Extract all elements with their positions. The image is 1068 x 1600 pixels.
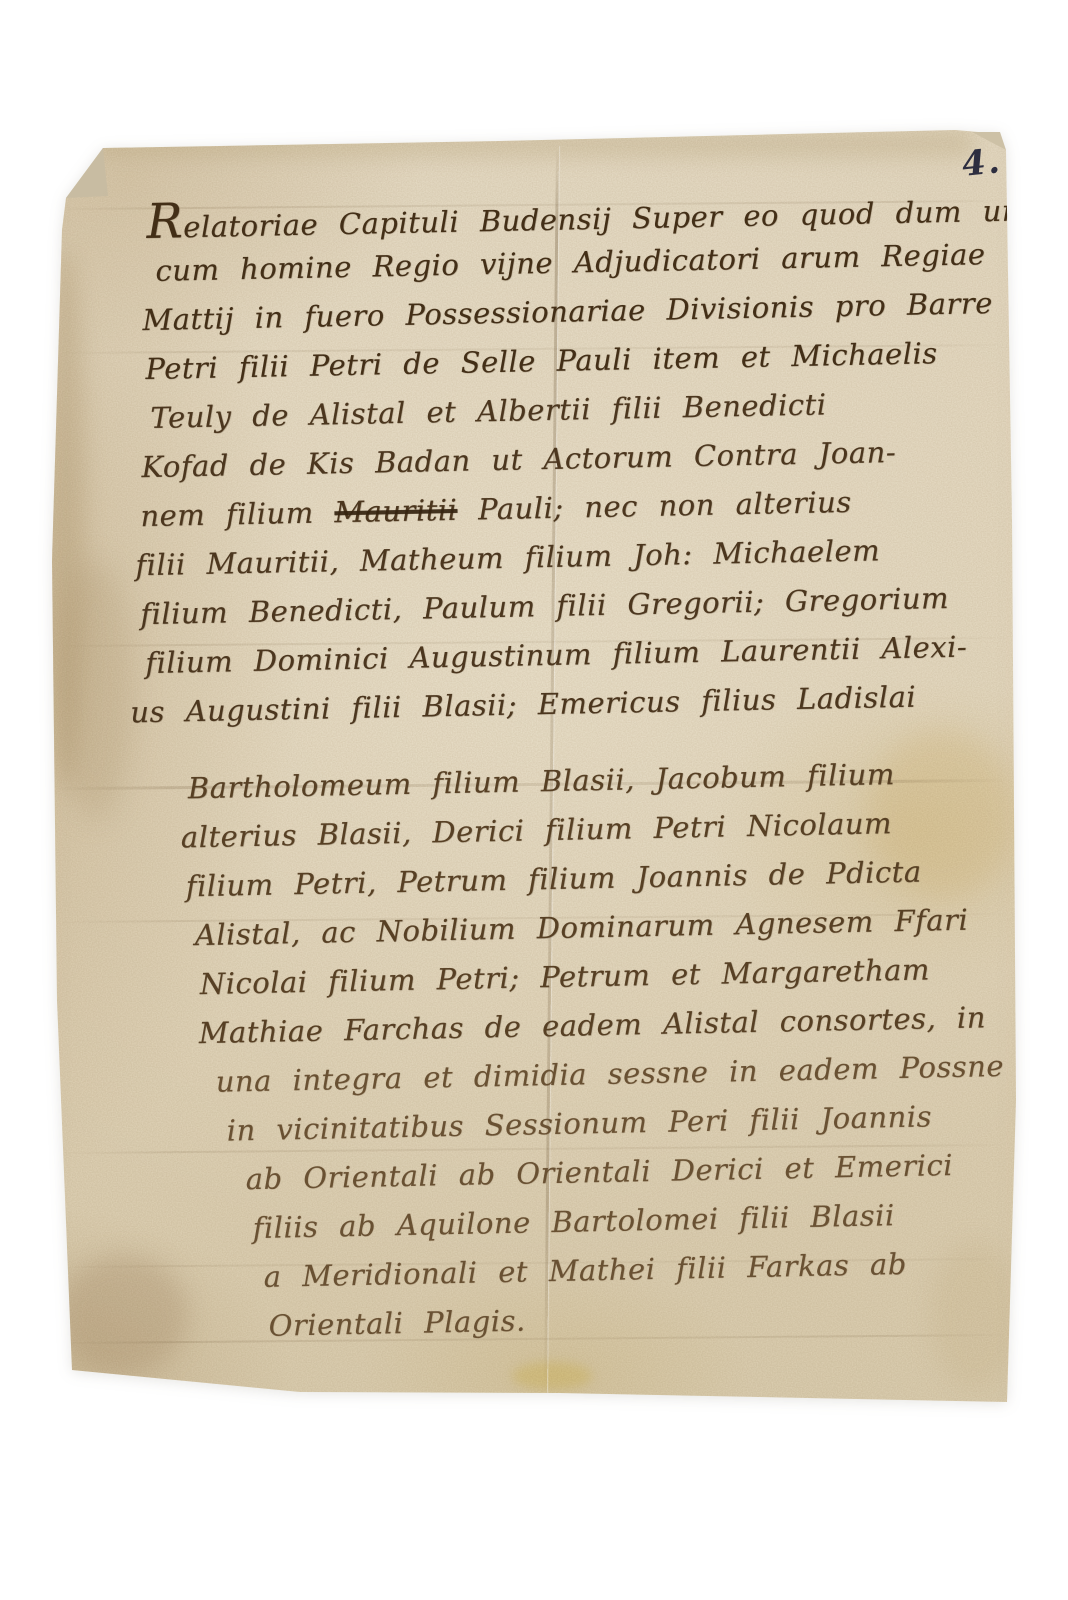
manuscript-line: Nicolai filium Petri; Petrum et Margaret… [199, 943, 1032, 1009]
paper-stain [866, 730, 1016, 900]
line-segment: Pauli; nec non alterius [457, 485, 852, 527]
manuscript-line: ab Orientali ab Orientali Derici et Emer… [245, 1139, 1036, 1204]
fold-crease-horizontal [56, 913, 1008, 923]
manuscript-line: in vicinitatibus Sessionum Peri filii Jo… [226, 1090, 1035, 1155]
manuscript-line: nem filium Mauritii Pauli; nec non alter… [140, 474, 1023, 541]
line-segment: nem filium [140, 495, 335, 533]
manuscript-line: Teuly de Alistal et Albertii filii Bened… [150, 376, 1021, 442]
manuscript-line: Orientali Plagis. [268, 1286, 1039, 1350]
manuscript-text: Relatoriae Capituli Budensij Super eo qu… [146, 181, 1039, 1353]
fold-crease-horizontal [56, 344, 1008, 354]
photo-background: 4. Relatoriae Capituli Budensij Super eo… [0, 0, 1068, 1600]
manuscript-line: filiis ab Aquilone Bartolomei filii Blas… [252, 1188, 1037, 1253]
struck-word: Mauritii [334, 493, 458, 529]
paper-shadow-wrap: 4. Relatoriae Capituli Budensij Super eo… [0, 0, 1068, 1600]
manuscript-line: Bartholomeum filium Blasii, Jacobum fili… [187, 747, 1028, 813]
manuscript-line: filium Benedicti, Paulum filii Gregorii;… [140, 572, 1025, 639]
manuscript-line: filii Mauritii, Matheum filium Joh: Mich… [135, 523, 1024, 590]
fold-crease-vertical [544, 146, 559, 1394]
paper-stain [930, 1240, 1020, 1390]
page-number: 4. [960, 144, 1003, 182]
fold-crease-horizontal [56, 1334, 1008, 1344]
fold-crease-horizontal [56, 1258, 1008, 1268]
paper-stain [512, 1362, 592, 1390]
fold-crease-horizontal [56, 200, 1008, 210]
fold-crease-horizontal [56, 1144, 1008, 1154]
paper-stain [58, 1255, 188, 1375]
manuscript-paper: 4. Relatoriae Capituli Budensij Super eo… [0, 0, 1068, 1600]
manuscript-line: alterius Blasii, Derici filium Petri Nic… [180, 796, 1029, 862]
manuscript-line: filium Dominici Augustinum filium Lauren… [145, 621, 1026, 688]
manuscript-line: Alistal, ac Nobilium Dominarum Agnesem F… [194, 894, 1031, 960]
fold-crease-horizontal [56, 779, 1008, 790]
fold-crease-horizontal [56, 637, 1008, 647]
manuscript-line: us Augustini filii Blasii; Emericus fili… [130, 670, 1027, 737]
manuscript-line: Kofad de Kis Badan ut Actorum Contra Joa… [141, 425, 1022, 492]
manuscript-line: cum homine Regio vijne Adjudicatori arum… [155, 230, 1018, 296]
paper-stain [95, 128, 975, 158]
manuscript-line: Mathiae Farchas de eadem Alistal consort… [198, 992, 1033, 1058]
paper-stain [46, 250, 86, 790]
manuscript-line: Petri filii Petri de Selle Pauli item et… [145, 328, 1020, 395]
manuscript-line: una integra et dimidia sessne in eadem P… [215, 1041, 1034, 1106]
manuscript-line: a Meridionali et Mathei filii Farkas ab [263, 1237, 1038, 1302]
manuscript-line: filium Petri, Petrum filium Joannis de P… [185, 845, 1030, 911]
manuscript-line: Mattij in fuero Possessionariae Division… [142, 279, 1019, 346]
paper-stain [56, 560, 134, 820]
manuscript-line: Relatoriae Capituli Budensij Super eo qu… [146, 181, 1017, 247]
